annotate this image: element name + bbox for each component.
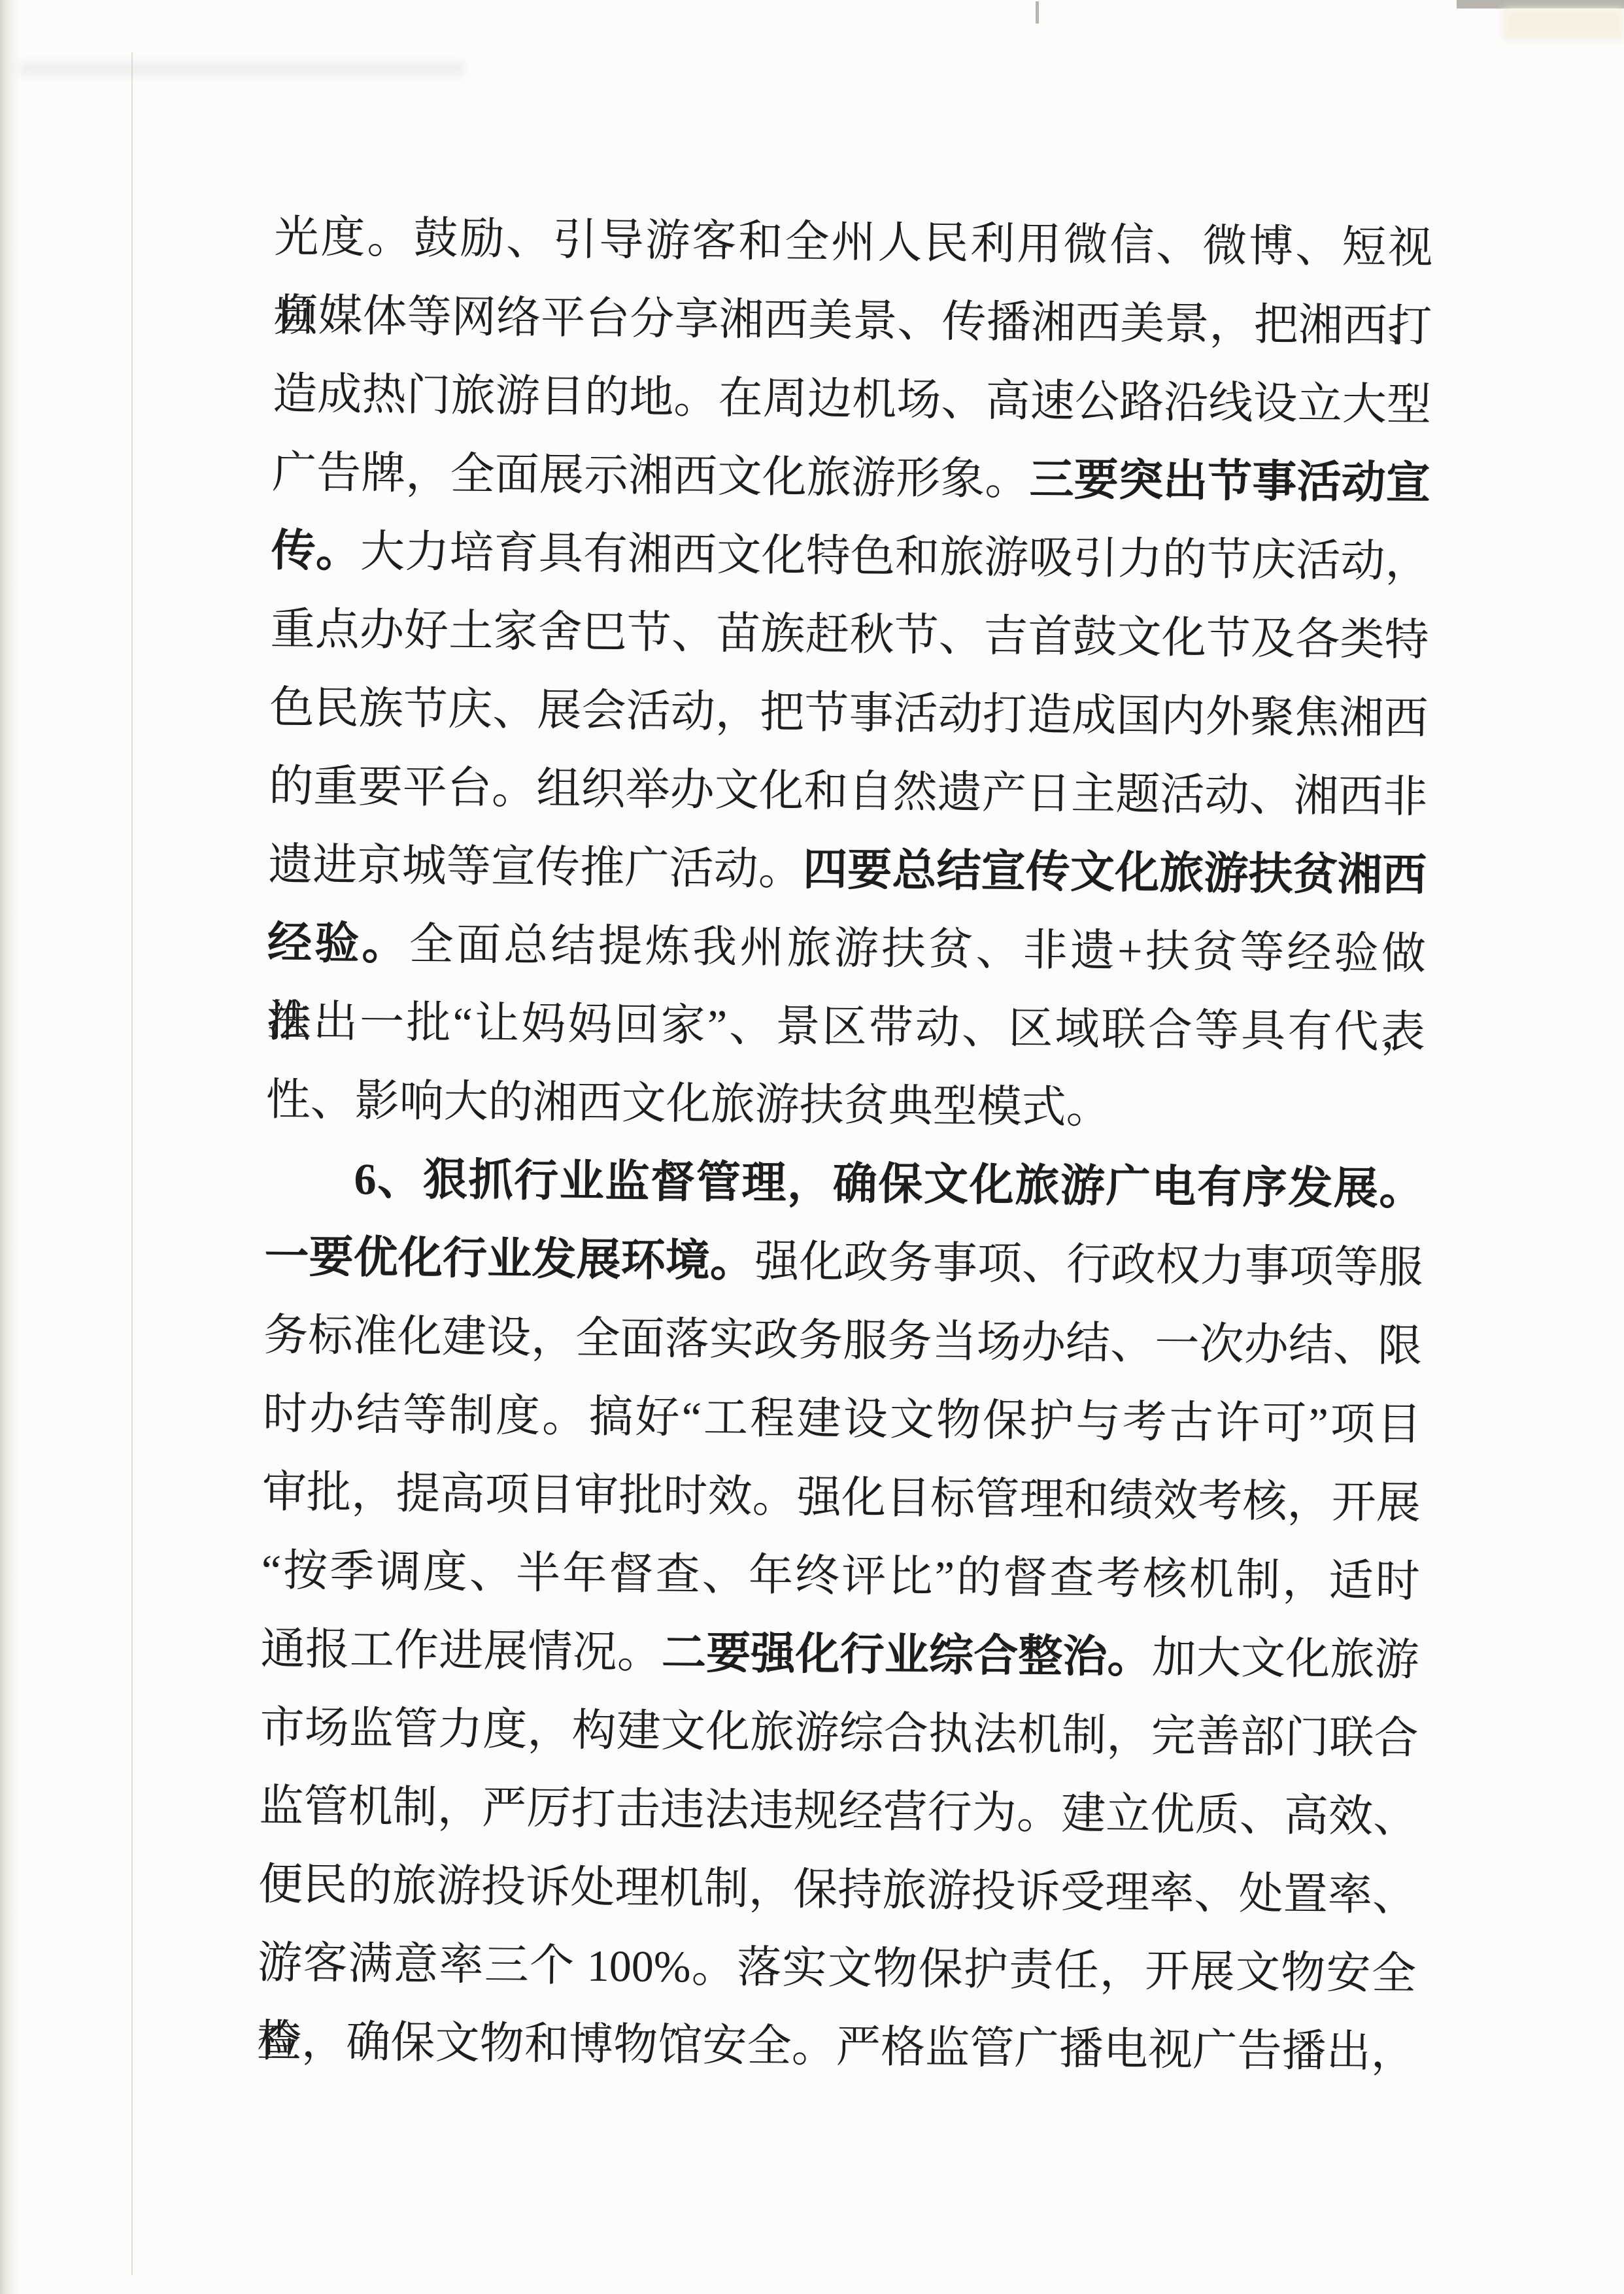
text-line: 推出一批“让妈妈回家”、景区带动、区域联合等具有代表 (266, 982, 1425, 1071)
text-line: 的重要平台。组织举办文化和自然遗产日主题活动、湘西非 (269, 747, 1428, 836)
text-run: 便民的旅游投诉处理机制，保持旅游投诉受理率、处置率、 (258, 1859, 1417, 1920)
text-line: 广告牌，全面展示湘西文化旅游形象。三要突出节事活动宣 (271, 433, 1430, 522)
text-line: 传。大力培育具有湘西文化特色和旅游吸引力的节庆活动， (271, 511, 1430, 601)
text-line: 审批，提高项目审批时效。强化目标管理和绩效考核，开展 (262, 1453, 1421, 1542)
text-run: 广告牌，全面展示湘西文化旅游形象。 (272, 447, 1030, 504)
text-run-bold: 二要强化行业综合整治。 (662, 1628, 1152, 1682)
text-run: 推出一批“让妈妈回家”、景区带动、区域联合等具有代表 (267, 996, 1426, 1057)
text-line: 重点办好土家舍巴节、苗族赶秋节、吉首鼓文化节及各类特 (270, 590, 1429, 679)
paper-crease-line (131, 52, 133, 2275)
scan-artifact-top-right-tint (1504, 8, 1624, 40)
scan-artifact-top-right-strip (1457, 0, 1624, 8)
text-line: 通报工作进展情况。二要强化行业综合整治。加大文化旅游 (260, 1610, 1419, 1699)
text-line: 市场监管力度，构建文化旅游综合执法机制，完善部门联合 (260, 1688, 1419, 1778)
text-run: 市场监管力度，构建文化旅游综合执法机制，完善部门联合 (260, 1702, 1419, 1763)
text-run: 审批，提高项目审批时效。强化目标管理和绩效考核，开展 (262, 1467, 1421, 1528)
text-line: 遗进京城等宣传推广活动。四要总结宣传文化旅游扶贫湘西 (268, 825, 1427, 915)
text-line: 6、狠抓行业监督管理，确保文化旅游广电有序发展。 (265, 1139, 1424, 1228)
text-line: 一要优化行业发展环境。强化政务事项、行政权力事项等服 (264, 1217, 1423, 1307)
text-run: 监管机制，严厉打击违法违规经营行为。建立优质、高效、 (259, 1781, 1418, 1842)
text-line: 时办结等制度。搞好“工程建设文物保护与考古许可”项目 (263, 1374, 1422, 1464)
text-run: 加大文化旅游 (1151, 1632, 1419, 1685)
text-run: 时办结等制度。搞好“工程建设文物保护与考古许可”项目 (263, 1389, 1422, 1449)
text-line: 自媒体等网络平台分享湘西美景、传播湘西美景，把湘西打 (273, 276, 1432, 365)
scanned-document-page: 光度。鼓励、引导游客和全州人民利用微信、微博、短视频、自媒体等网络平台分享湘西美… (0, 0, 1624, 2294)
text-run: 造成热门旅游目的地。在周边机场、高速公路沿线设立大型 (273, 369, 1432, 430)
text-run: 色民族节庆、展会活动，把节事活动打造成国内外聚焦湘西 (269, 683, 1429, 743)
document-text: 光度。鼓励、引导游客和全州人民利用微信、微博、短视频、自媒体等网络平台分享湘西美… (256, 197, 1433, 2091)
text-run: 遗进京城等宣传推广活动。 (268, 839, 804, 894)
text-line: 游客满意率三个 100%。落实文物保护责任，开展文物安全检 (258, 1923, 1417, 2013)
text-line: 查，确保文物和博物馆安全。严格监管广播电视广告播出， (256, 2002, 1415, 2091)
text-run-bold: 6、狠抓行业监督管理，确保文化旅游广电有序发展。 (354, 1154, 1424, 1214)
text-line: 色民族节庆、展会活动，把节事活动打造成国内外聚焦湘西 (269, 668, 1429, 758)
scanner-edge-strip-left (0, 0, 20, 2294)
text-line: “按季调度、半年督查、年终评比”的督查考核机制，适时 (261, 1531, 1420, 1621)
text-run: 大力培育具有湘西文化特色和旅游吸引力的节庆活动， (360, 526, 1430, 586)
text-line: 便民的旅游投诉处理机制，保持旅游投诉受理率、处置率、 (258, 1845, 1417, 1934)
text-run: 的重要平台。组织举办文化和自然遗产日主题活动、湘西非 (269, 761, 1428, 822)
scan-smudge-top-left (20, 61, 464, 76)
text-run-bold: 一要优化行业发展环境。 (264, 1232, 754, 1286)
text-run: 自媒体等网络平台分享湘西美景、传播湘西美景，把湘西打 (273, 290, 1432, 351)
text-run-bold: 经验。 (267, 918, 409, 969)
text-line: 造成热门旅游目的地。在周边机场、高速公路沿线设立大型 (273, 354, 1432, 444)
scan-artifact-top-mark (1036, 1, 1039, 24)
text-run-bold: 三要突出节事活动宣 (1029, 454, 1430, 508)
text-line: 经验。全面总结提炼我州旅游扶贫、非遗+扶贫等经验做法， (267, 903, 1426, 993)
text-run: 强化政务事项、行政权力事项等服 (754, 1236, 1423, 1292)
text-line: 光度。鼓励、引导游客和全州人民利用微信、微博、短视频、 (274, 197, 1433, 287)
text-line: 监管机制，严厉打击违法违规经营行为。建立优质、高效、 (259, 1766, 1418, 1856)
text-run-bold: 四要总结宣传文化旅游扶贫湘西 (803, 845, 1427, 900)
text-run: 通报工作进展情况。 (260, 1624, 662, 1678)
text-line: 务标准化建设，全面落实政务服务当场办结、一次办结、限 (263, 1296, 1423, 1385)
text-run: 务标准化建设，全面落实政务服务当场办结、一次办结、限 (263, 1310, 1423, 1371)
text-line: 性、影响大的湘西文化旅游扶贫典型模式。 (265, 1060, 1425, 1150)
text-run: “按季调度、半年督查、年终评比”的督查考核机制，适时 (261, 1545, 1420, 1606)
text-run: 性、影响大的湘西文化旅游扶贫典型模式。 (265, 1075, 1111, 1132)
text-run: 重点办好土家舍巴节、苗族赶秋节、吉首鼓文化节及各类特 (270, 604, 1429, 665)
text-run-bold: 传。 (271, 526, 360, 576)
text-run: 查，确保文物和博物馆安全。严格监管广播电视广告播出， (257, 2016, 1416, 2077)
